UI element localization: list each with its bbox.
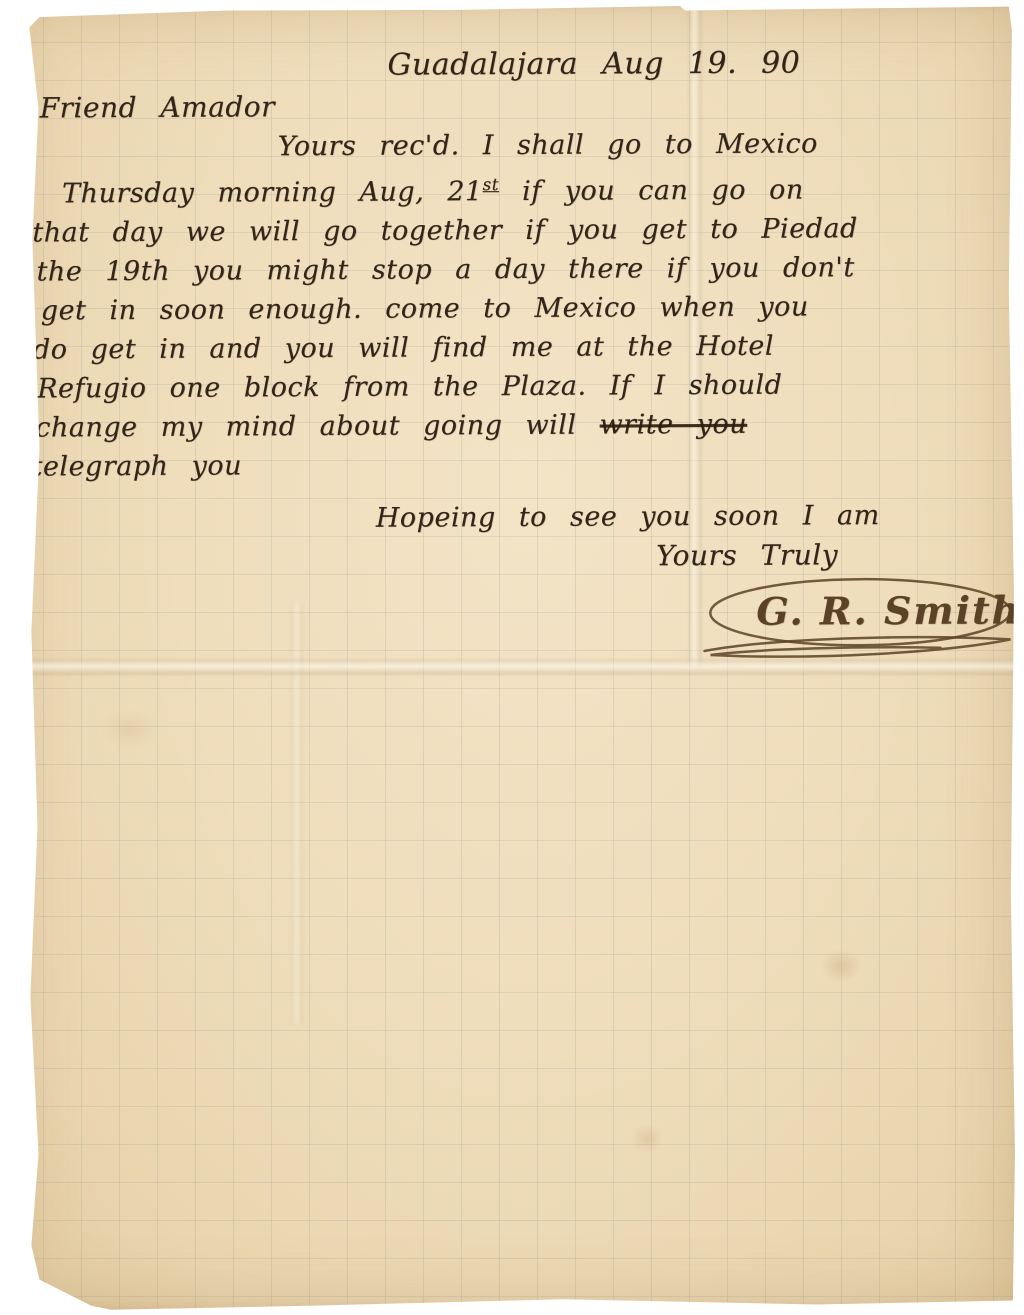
struck-text: write you <box>600 409 748 441</box>
closing-line: Hopeing to see you soon I am <box>376 495 1003 537</box>
body-line: change my mind about going will write yo… <box>35 403 1002 447</box>
paper-stain <box>100 709 160 749</box>
salutation: Friend Amador <box>40 83 1001 128</box>
valediction: Yours Truly <box>656 534 1003 575</box>
body-line: that day we will go together if you get … <box>32 208 1001 252</box>
body-line: Thursday morning Aug, 21st if you can go… <box>62 162 1001 213</box>
dateline: Guadalajara Aug 19. 90 <box>387 41 1000 86</box>
body-line: do get in and you will find me at the Ho… <box>33 325 1002 369</box>
body-line: telegraph you <box>31 442 1002 486</box>
body-line: get in soon enough. come to Mexico when … <box>41 286 1002 330</box>
body-line: the 19th you might stop a day there if y… <box>36 247 1001 291</box>
body-text: change my mind about going will <box>35 410 599 444</box>
body-text: Thursday morning Aug, 21 <box>62 176 483 209</box>
paper-stain <box>630 1124 664 1154</box>
signature: G. R. Smith <box>756 587 1021 633</box>
signature-block: G. R. Smith <box>700 575 1020 673</box>
letter-content: Guadalajara Aug 19. 90 Friend Amador You… <box>25 41 1003 676</box>
body-text: if you can go on <box>499 174 804 207</box>
body-line: Refugio one block from the Plaza. If I s… <box>37 364 1002 408</box>
letter-paper: Guadalajara Aug 19. 90 Friend Amador You… <box>5 4 1020 1311</box>
ordinal-superscript: st <box>483 174 499 194</box>
body-line: Yours rec'd. I shall go to Mexico <box>278 123 1001 166</box>
paper-stain <box>820 949 862 983</box>
